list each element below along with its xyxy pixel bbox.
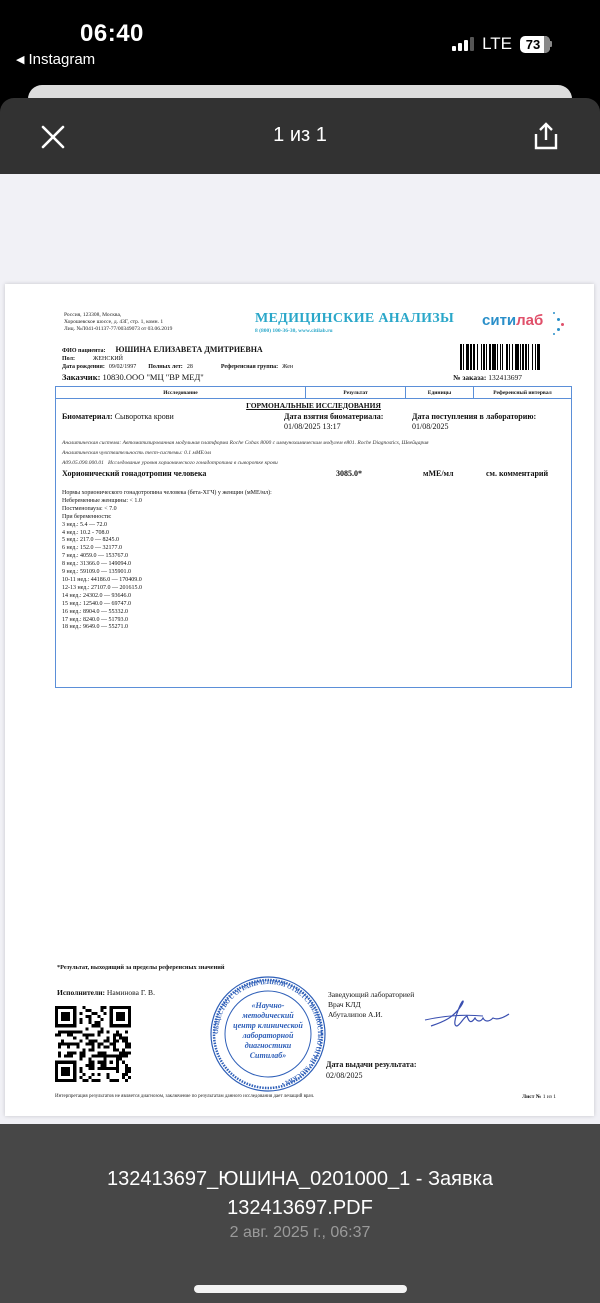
dob-value: 09/02/1997 — [109, 363, 136, 371]
logo-part1: сити — [482, 312, 516, 329]
lab-head: Заведующий лабораторией Врач КЛД Абутали… — [328, 990, 414, 1020]
issue-date-value: 02/08/2025 — [326, 1070, 417, 1081]
norm-line: 9 нед.: 59109.0 — 135901.0 — [62, 569, 565, 577]
ref-group-value: Жен — [282, 363, 293, 371]
norm-line: 7 нед.: 4059.0 — 153767.0 — [62, 553, 565, 561]
status-indicators: LTE 73 — [452, 34, 552, 54]
qr-code — [55, 1006, 131, 1082]
patient-name-label: ФИО пациента: — [62, 347, 106, 355]
norm-line: 12-13 нед.: 27107.0 — 201615.0 — [62, 585, 565, 593]
norm-line: Нормы хорионического гонадотропина челов… — [62, 490, 565, 498]
logo-dots-icon — [551, 310, 565, 336]
license-line: Лиц. №Л041-01137-77/00349073 от 03.06.20… — [64, 326, 172, 333]
address-line: Россия, 123308, Москва, — [64, 312, 172, 319]
biomaterial-label: Биоматериал: — [62, 412, 113, 421]
battery-icon: 73 — [520, 36, 550, 53]
battery-tip — [550, 41, 552, 47]
address-line: Хорошевское шоссе, д. 43Г, стр. 1, комн.… — [64, 319, 172, 326]
home-indicator[interactable] — [194, 1285, 407, 1293]
received-date-label: Дата поступления в лабораторию: — [412, 412, 536, 421]
test-units: мМЕ/мл — [423, 469, 454, 478]
head-title: Врач КЛД — [328, 1000, 414, 1010]
norm-line: 17 нед.: 8240.0 — 51793.0 — [62, 617, 565, 625]
issue-date-label: Дата выдачи результата: — [326, 1060, 417, 1069]
norm-line: 4 нед.: 10.2 - 708.0 — [62, 530, 565, 538]
norm-line: 3 нед.: 5.4 — 72.0 — [62, 522, 565, 530]
issue-date: Дата выдачи результата: 02/08/2025 — [326, 1059, 417, 1081]
sex-label: Пол: — [62, 355, 75, 363]
sensitivity: Аналитическая чувствительность тест-сист… — [56, 449, 571, 457]
sample-date-label: Дата взятия биоматериала: — [284, 412, 383, 421]
norm-line: 5 нед.: 217.0 — 8245.0 — [62, 537, 565, 545]
file-name-line1: 132413697_ЮШИНА_0201000_1 - Заявка — [0, 1165, 600, 1194]
signal-icon — [452, 37, 474, 51]
file-info-bar: 132413697_ЮШИНА_0201000_1 - Заявка 13241… — [0, 1124, 600, 1303]
reference-norms: Нормы хорионического гонадотропина челов… — [56, 482, 571, 632]
analytic-system: Аналитическая система: Автоматизированна… — [56, 439, 571, 447]
svg-text:диагностики: диагностики — [245, 1041, 292, 1050]
brand-header: МЕДИЦИНСКИЕ АНАЛИЗЫ 8 (800) 100-36-30, w… — [255, 311, 454, 334]
norm-line: 18 нед.: 9649.0 — 55271.0 — [62, 624, 565, 632]
network-type: LTE — [482, 34, 512, 54]
col-header: Референсный интервал — [474, 387, 571, 398]
test-result: 3085.0* — [336, 469, 362, 478]
sheet-label: Лист № — [522, 1094, 541, 1100]
age-label: Полных лет: — [148, 363, 183, 371]
executors: Исполнители: Наминова Г. В. — [57, 988, 155, 997]
section-title: ГОРМОНАЛЬНЫЕ ИССЛЕДОВАНИЯ — [56, 401, 571, 410]
footnote: *Результат, выходящий за пределы референ… — [57, 964, 224, 971]
svg-text:лабораторной: лабораторной — [242, 1031, 295, 1040]
sheet-value: 1 из 1 — [543, 1094, 556, 1100]
lab-address: Россия, 123308, Москва, Хорошевское шосс… — [64, 312, 172, 333]
norm-line: 16 нед.: 8904.0 — 55332.0 — [62, 609, 565, 617]
norm-line: 14 нед.: 24302.0 — 93646.0 — [62, 593, 565, 601]
col-header: Результат — [306, 387, 406, 398]
battery-level: 73 — [526, 37, 540, 52]
col-header: Исследование — [56, 387, 306, 398]
patient-name: ЮШИНА ЕЛИЗАВЕТА ДМИТРИЕВНА — [116, 346, 263, 354]
status-bar: 06:40 ◀ Instagram LTE 73 — [0, 0, 600, 84]
ref-group-label: Референсная группа: — [221, 363, 278, 371]
executors-label: Исполнители: — [57, 988, 105, 997]
table-header: Исследование Результат Единицы Референсн… — [56, 387, 571, 399]
svg-text:«Научно-: «Научно- — [252, 1001, 285, 1010]
share-icon — [532, 120, 560, 152]
norm-line: Постменопауза: < 7.0 — [62, 506, 565, 514]
results-table: Исследование Результат Единицы Референсн… — [55, 386, 572, 688]
test-code: A09.05.090.000.01 Исследование уровня хо… — [56, 459, 571, 467]
file-date: 2 авг. 2025 г., 06:37 — [0, 1224, 600, 1242]
head-name: Абуталипов А.И. — [328, 1010, 414, 1020]
received-date-value: 01/08/2025 — [412, 422, 536, 432]
norm-line: Небеременные женщины: < 1.0 — [62, 498, 565, 506]
sex-value: ЖЕНСКИЙ — [93, 355, 123, 363]
executors-value: Наминова Г. В. — [107, 988, 155, 997]
share-button[interactable] — [532, 120, 560, 152]
status-time: 06:40 — [80, 20, 144, 48]
test-name: Хорионический гонадотропин человека — [62, 469, 206, 478]
test-result-row: Хорионический гонадотропин человека 3085… — [56, 468, 571, 482]
patient-info: ФИО пациента: ЮШИНА ЕЛИЗАВЕТА ДМИТРИЕВНА… — [62, 346, 293, 371]
document-viewer[interactable]: Россия, 123308, Москва, Хорошевское шосс… — [0, 174, 600, 1124]
file-name: 132413697_ЮШИНА_0201000_1 - Заявка 13241… — [0, 1165, 600, 1223]
order-value: 132413697 — [488, 373, 522, 382]
file-name-line2: 132413697.PDF — [0, 1194, 600, 1223]
norm-line: При беременности: — [62, 514, 565, 522]
norm-line: 8 нед.: 31366.0 — 149094.0 — [62, 561, 565, 569]
pdf-page: Россия, 123308, Москва, Хорошевское шосс… — [5, 284, 594, 1116]
page-indicator: 1 из 1 — [0, 124, 600, 147]
dob-label: Дата рождения: — [62, 363, 105, 371]
order-label: № заказа: — [453, 373, 486, 382]
svg-text:методический: методический — [241, 1011, 294, 1020]
back-app-label: Instagram — [28, 51, 95, 68]
back-to-app-link[interactable]: ◀ Instagram — [16, 51, 95, 68]
norm-line: 6 нед.: 152.0 — 32177.0 — [62, 545, 565, 553]
customer-value: 10830.ООО "МЦ "ВР МЕД" — [103, 372, 204, 382]
norm-line: 10-11 нед.: 44186.0 — 170409.0 — [62, 577, 565, 585]
head-position: Заведующий лабораторией — [328, 990, 414, 1000]
brand-title: МЕДИЦИНСКИЕ АНАЛИЗЫ — [255, 311, 454, 327]
sheet-number: Лист № 1 из 1 — [522, 1094, 556, 1100]
biomaterial-row: Биоматериал: Сыворотка крови Дата взятия… — [56, 410, 571, 434]
svg-text:центр клинической: центр клинической — [233, 1021, 303, 1030]
logo-part2: лаб — [516, 312, 543, 329]
age-value: 28 — [187, 363, 193, 371]
brand-contacts: 8 (800) 100-36-30, www.citilab.ru — [255, 328, 454, 334]
sample-date-value: 01/08/2025 13:17 — [284, 422, 383, 432]
svg-text:Ситилаб»: Ситилаб» — [250, 1051, 287, 1060]
biomaterial-value: Сыворотка крови — [115, 412, 174, 421]
customer-label: Заказчик: — [62, 372, 100, 382]
citilab-logo: ситилаб — [482, 312, 543, 329]
back-triangle-icon: ◀ — [16, 53, 24, 66]
order-number: № заказа: 132413697 — [453, 373, 522, 382]
col-header: Единицы — [406, 387, 474, 398]
signature — [423, 996, 513, 1036]
disclaimer: Интерпретация результатов не является ди… — [55, 1094, 314, 1099]
order-barcode — [460, 344, 568, 370]
test-reference: см. комментарий — [486, 469, 548, 478]
lab-stamp: ОБЩЕСТВО С ОГРАНИЧЕННОЙ ОТВЕТСТВЕННОСТЬЮ… — [208, 976, 328, 1092]
viewer-toolbar: 1 из 1 — [0, 98, 600, 174]
norm-line: 15 нед.: 12540.0 — 69747.0 — [62, 601, 565, 609]
customer-info: Заказчик: 10830.ООО "МЦ "ВР МЕД" — [62, 372, 204, 382]
